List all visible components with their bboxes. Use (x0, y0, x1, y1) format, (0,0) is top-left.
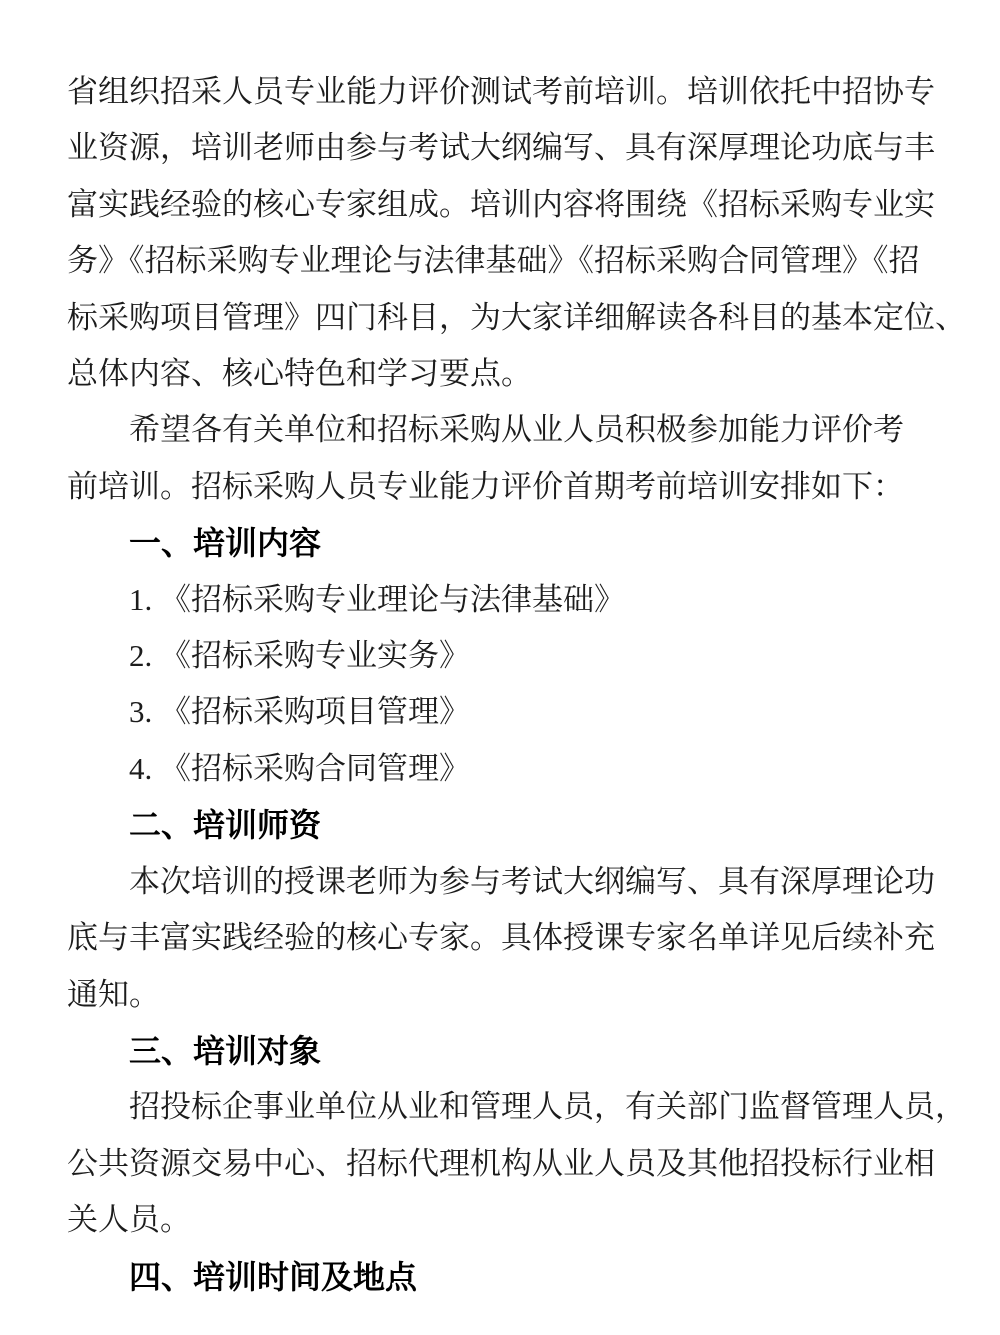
paragraph-invitation: 希望各有关单位和招标采购从业人员积极参加能力评价考 前培训。招标采购人员专业能力… (67, 402, 987, 515)
paragraph-audience-description: 招投标企事业单位从业和管理人员，有关部门监督管理人员， 公共资源交易中心、招标代… (67, 1079, 987, 1248)
list-item-course-1: 1. 《招标采购专业理论与法律基础》 (67, 572, 987, 628)
document-page: 省组织招采人员专业能力评价测试考前培训。培训依托中招协专 业资源，培训老师由参与… (0, 0, 1000, 1335)
paragraph-continuation: 省组织招采人员专业能力评价测试考前培训。培训依托中招协专 业资源，培训老师由参与… (67, 64, 987, 402)
heading-section-4-training-time-location: 四、培训时间及地点 (67, 1249, 987, 1305)
heading-section-2-training-faculty: 二、培训师资 (67, 797, 987, 853)
heading-section-1-training-content: 一、培训内容 (67, 515, 987, 571)
paragraph-faculty-description: 本次培训的授课老师为参与考试大纲编写、具有深厚理论功 底与丰富实践经验的核心专家… (67, 854, 987, 1023)
document-content: 省组织招采人员专业能力评价测试考前培训。培训依托中招协专 业资源，培训老师由参与… (67, 64, 987, 1305)
list-item-course-3: 3. 《招标采购项目管理》 (67, 684, 987, 740)
list-item-course-2: 2. 《招标采购专业实务》 (67, 628, 987, 684)
heading-section-3-training-audience: 三、培训对象 (67, 1023, 987, 1079)
list-item-course-4: 4. 《招标采购合同管理》 (67, 741, 987, 797)
